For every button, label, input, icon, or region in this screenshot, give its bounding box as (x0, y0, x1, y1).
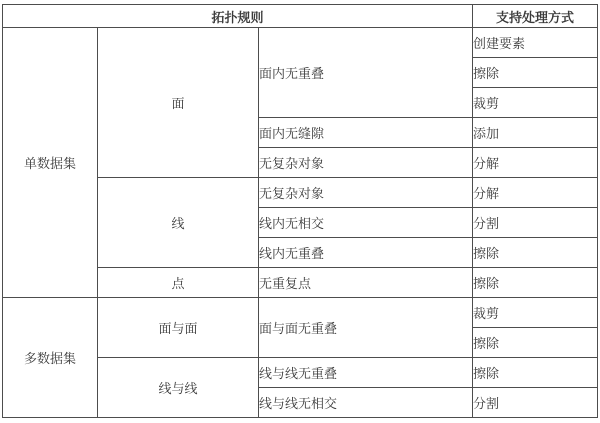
cell-rule: 面与面无重叠 (259, 298, 473, 358)
cell-rule: 无重复点 (259, 268, 473, 298)
cell-rule: 面内无重叠 (259, 28, 473, 118)
cell-geometry: 线 (98, 178, 259, 268)
cell-method: 擦除 (473, 238, 598, 268)
cell-method: 擦除 (473, 268, 598, 298)
cell-method: 添加 (473, 118, 598, 148)
cell-rule: 线与线无重叠 (259, 358, 473, 388)
topology-rules-table: 拓扑规则 支持处理方式 单数据集 面 面内无重叠 创建要素 擦除 裁剪 面内无缝… (2, 4, 598, 418)
cell-rule: 线内无重叠 (259, 238, 473, 268)
cell-geometry: 点 (98, 268, 259, 298)
header-topology-rules: 拓扑规则 (3, 5, 473, 28)
cell-rule: 无复杂对象 (259, 178, 473, 208)
cell-method: 擦除 (473, 58, 598, 88)
header-row: 拓扑规则 支持处理方式 (3, 5, 598, 28)
cell-geometry: 面 (98, 28, 259, 178)
cell-method: 裁剪 (473, 298, 598, 328)
cell-geometry: 面与面 (98, 298, 259, 358)
cell-method: 分割 (473, 388, 598, 418)
cell-method: 分割 (473, 208, 598, 238)
cell-dataset-group: 单数据集 (3, 28, 98, 298)
cell-method: 创建要素 (473, 28, 598, 58)
table-row: 单数据集 面 面内无重叠 创建要素 (3, 28, 598, 58)
cell-geometry: 线与线 (98, 358, 259, 418)
cell-rule: 无复杂对象 (259, 148, 473, 178)
table-row: 多数据集 面与面 面与面无重叠 裁剪 (3, 298, 598, 328)
cell-rule: 线与线无相交 (259, 388, 473, 418)
cell-method: 裁剪 (473, 88, 598, 118)
cell-method: 分解 (473, 148, 598, 178)
cell-rule: 面内无缝隙 (259, 118, 473, 148)
cell-method: 擦除 (473, 328, 598, 358)
cell-method: 擦除 (473, 358, 598, 388)
cell-rule: 线内无相交 (259, 208, 473, 238)
cell-dataset-group: 多数据集 (3, 298, 98, 418)
header-supported-methods: 支持处理方式 (473, 5, 598, 28)
cell-method: 分解 (473, 178, 598, 208)
